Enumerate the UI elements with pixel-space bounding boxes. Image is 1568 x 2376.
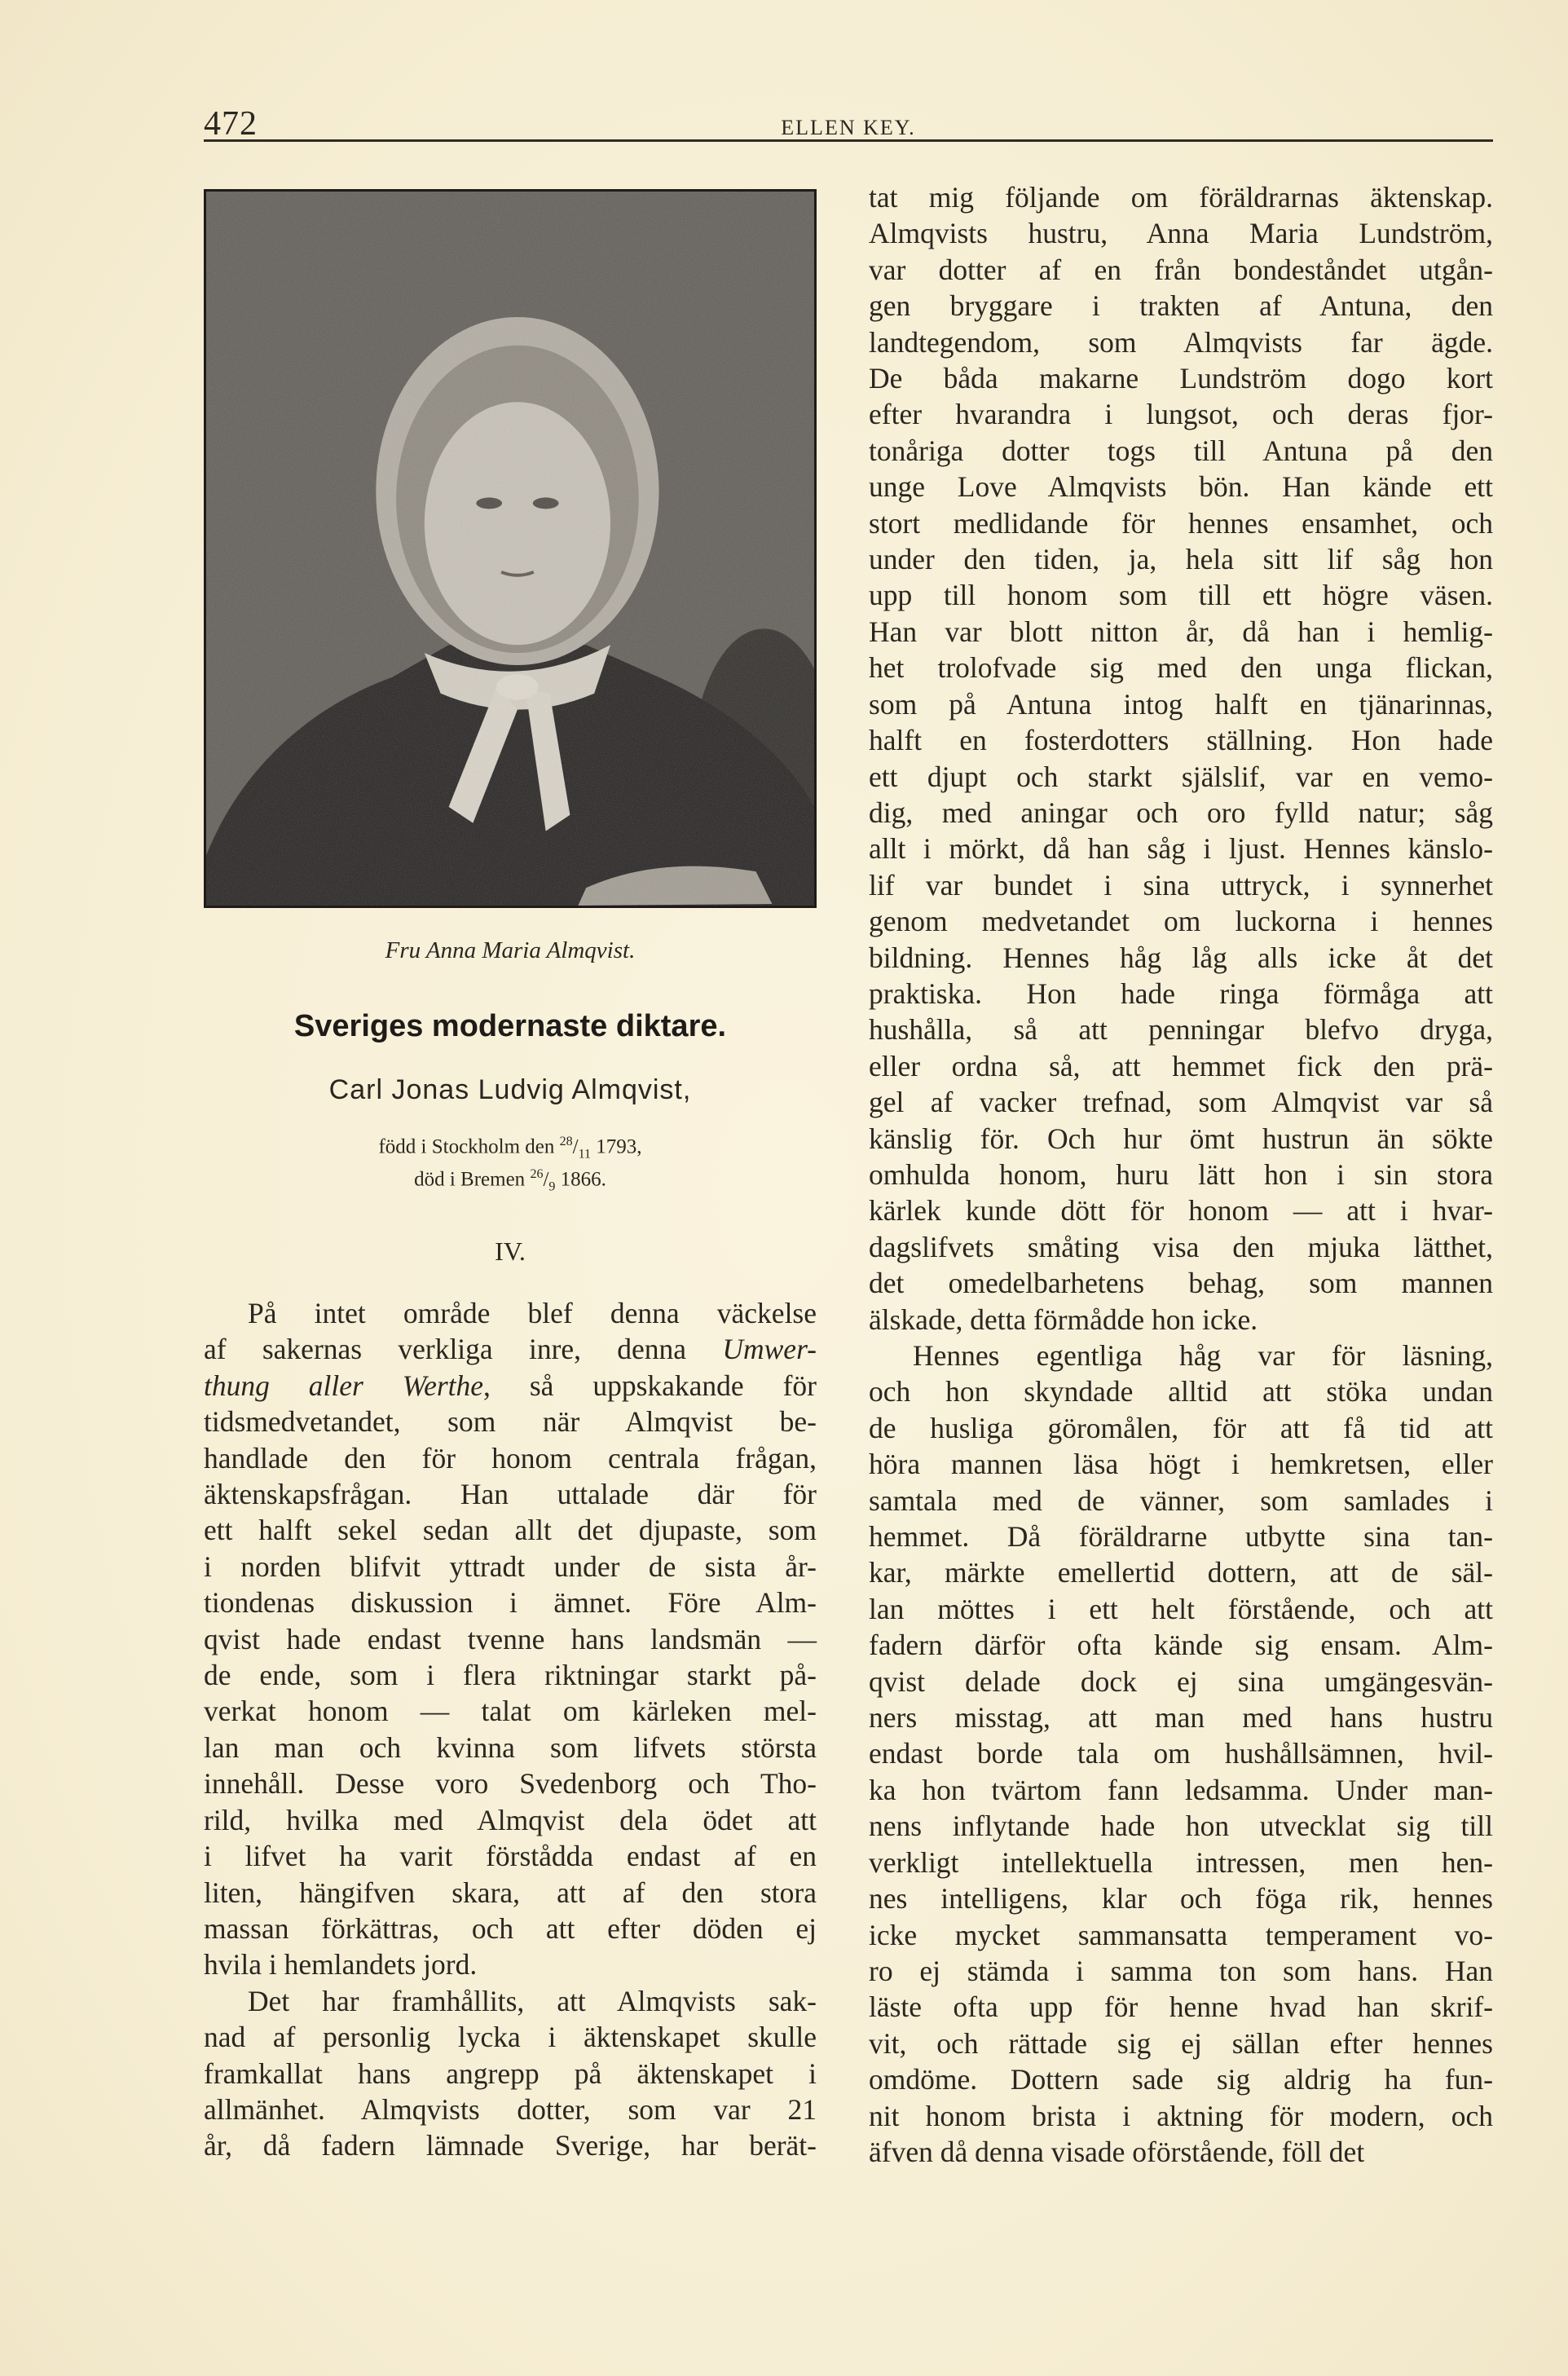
text-line: de ende, som i flera riktningar starkt p… xyxy=(204,1657,817,1693)
italic-phrase: Umwer- xyxy=(722,1333,817,1365)
text-line: Almqvists hustru, Anna Maria Lundström, xyxy=(869,215,1493,251)
text-line: hemmet. Då föräldrarne utbytte sina tan- xyxy=(869,1519,1493,1554)
text-line: eller ordna så, att hemmet fick den prä- xyxy=(869,1048,1493,1084)
text-line: halft en fosterdotters ställning. Hon ha… xyxy=(869,722,1493,758)
text-line: upp till honom som till ett högre väsen. xyxy=(869,577,1493,613)
text-line: under den tiden, ja, hela sitt lif såg h… xyxy=(869,541,1493,577)
text-line: i norden blifvit yttradt under de sista … xyxy=(204,1549,817,1585)
text-line: ett halft sekel sedan allt det djupaste,… xyxy=(204,1512,817,1548)
text-line: unge Love Almqvists bön. Han kände ett xyxy=(869,469,1493,505)
text-line: kärlek kunde dött för honom — att i hvar… xyxy=(869,1192,1493,1228)
text-line: ro ej stämda i samma ton som hans. Han xyxy=(869,1953,1493,1989)
header-rule xyxy=(204,139,1493,142)
text-line: tiondenas diskussion i ämnet. Före Alm- xyxy=(204,1585,817,1620)
text-line: nens inflytande hade hon utvecklat sig t… xyxy=(869,1808,1493,1844)
text-line: gel af vacker trefnad, som Almqvist var … xyxy=(869,1084,1493,1120)
text-line: stort medlidande för hennes ensamhet, oc… xyxy=(869,505,1493,541)
text-line: dig, med aningar och oro fylld natur; så… xyxy=(869,795,1493,831)
text-line: ett djupt och starkt själslif, var en ve… xyxy=(869,759,1493,795)
text-line: massan förkättras, och att efter döden e… xyxy=(204,1911,817,1946)
text-line: liten, hängifven skara, att af den stora xyxy=(204,1875,817,1911)
text-line: gen bryggare i trakten af Antuna, den xyxy=(869,288,1493,324)
death-prefix: död i Bremen xyxy=(414,1168,530,1190)
text-line: allmänhet. Almqvists dotter, som var 21 xyxy=(204,2092,817,2127)
text-line: äktenskapsfrågan. Han uttalade där för xyxy=(204,1476,817,1512)
text-line: genom medvetandet om luckorna i hennes xyxy=(869,903,1493,939)
text-line: tonåriga dotter togs till Antuna på den xyxy=(869,433,1493,469)
text-line: af sakernas verkliga inre, denna Umwer- xyxy=(204,1331,817,1367)
text-line: thung aller Werthe, så uppskakande för xyxy=(204,1368,817,1404)
text-line: omhulda honom, huru lätt hon i sin stora xyxy=(869,1157,1493,1192)
text-line: De båda makarne Lundström dogo kort xyxy=(869,360,1493,396)
birth-line: född i Stockholm den 28/11 1793, xyxy=(204,1135,817,1162)
text-line: omdöme. Dottern sade sig aldrig ha fun- xyxy=(869,2061,1493,2097)
text-line: hvila i hemlandets jord. xyxy=(204,1946,817,1982)
text-line: i lifvet ha varit förstådda endast af en xyxy=(204,1838,817,1874)
text-line: landtegendom, som Almqvists far ägde. xyxy=(869,324,1493,360)
text-line: läste ofta upp för henne hvad han skrif- xyxy=(869,1989,1493,2025)
text-line: verkligt intellektuella intressen, men h… xyxy=(869,1845,1493,1880)
birth-month: 11 xyxy=(579,1147,591,1161)
text-line: Det har framhållits, att Almqvists sak- xyxy=(204,1983,817,2019)
text-line: vit, och rättade sig ej sällan efter hen… xyxy=(869,2026,1493,2061)
text-line: och hon skyndade alltid att stöka undan xyxy=(869,1373,1493,1409)
text-line: lan man och kvinna som lifvets största xyxy=(204,1730,817,1765)
text-line: På intet område blef denna väckelse xyxy=(204,1295,817,1331)
death-line: död i Bremen 26/9 1866. xyxy=(204,1167,817,1194)
text-line: tidsmedvetandet, som när Almqvist be- xyxy=(204,1404,817,1439)
text-line: samtala med de vänner, som samlades i xyxy=(869,1483,1493,1519)
birth-prefix: född i Stockholm den xyxy=(378,1135,559,1157)
text-line: nad af personlig lycka i äktenskapet sku… xyxy=(204,2019,817,2055)
text-line: framkallat hans angrepp på äktenskapet i xyxy=(204,2056,817,2092)
text-line: ners misstag, att man med hans hustru xyxy=(869,1699,1493,1735)
text-line: ka hon tvärtom fann ledsamma. Under man- xyxy=(869,1772,1493,1808)
text-line: nes intelligens, klar och föga rik, henn… xyxy=(869,1880,1493,1916)
text-line: icke mycket sammansatta temperament vo- xyxy=(869,1917,1493,1953)
text-line: qvist delade dock ej sina umgängesvän- xyxy=(869,1664,1493,1699)
death-year: 1866. xyxy=(555,1168,606,1190)
text-line: de husliga göromålen, för att få tid att xyxy=(869,1410,1493,1446)
portrait-caption: Fru Anna Maria Almqvist. xyxy=(204,937,817,964)
right-column-text: tat mig följande om föräldrarnas äktensk… xyxy=(869,179,1493,2170)
text-line: allt i mörkt, då han såg i ljust. Hennes… xyxy=(869,831,1493,866)
text-line: bildning. Hennes håg låg alls icke åt de… xyxy=(869,940,1493,976)
text-line: Han var blott nitton år, då han i hemlig… xyxy=(869,614,1493,650)
text-line: qvist hade endast tvenne hans landsmän — xyxy=(204,1621,817,1657)
text-line: som på Antuna intog halft en tjänarinnas… xyxy=(869,686,1493,722)
text-line: det omedelbarhetens behag, som mannen xyxy=(869,1265,1493,1301)
text-line: kar, märkte emellertid dottern, att de s… xyxy=(869,1554,1493,1590)
birth-day: 28 xyxy=(560,1135,573,1148)
text-line: endast borde tala om hushållsämnen, hvil… xyxy=(869,1735,1493,1771)
text-line: efter hvarandra i lungsot, och deras fjo… xyxy=(869,396,1493,432)
text-line: praktiska. Hon hade ringa förmåga att xyxy=(869,976,1493,1012)
text-line: lif var bundet i sina uttryck, i synnerh… xyxy=(869,867,1493,903)
text-line: hushålla, så att penningar blefvo dryga, xyxy=(869,1012,1493,1047)
text-line: höra mannen läsa högt i hemkretsen, elle… xyxy=(869,1446,1493,1482)
text-line: var dotter af en från bondeståndet utgån… xyxy=(869,252,1493,288)
text-line: äfven då denna visade oförstående, föll … xyxy=(869,2134,1493,2170)
portrait-image xyxy=(206,192,814,906)
text-line: tat mig följande om föräldrarnas äktensk… xyxy=(869,179,1493,215)
text-line: rild, hvilka med Almqvist dela ödet att xyxy=(204,1802,817,1838)
text-line: älskade, detta förmådde hon icke. xyxy=(869,1302,1493,1338)
text-line: verkat honom — talat om kärleken mel- xyxy=(204,1693,817,1729)
text-line: handlade den för honom centrala frågan, xyxy=(204,1440,817,1476)
running-title: ELLEN KEY. xyxy=(204,116,1493,140)
text-line: känslig för. Och hur ömt hustrun än sökt… xyxy=(869,1121,1493,1157)
left-column-text: På intet område blef denna väckelseaf sa… xyxy=(204,1295,817,2164)
portrait-photo xyxy=(204,189,817,908)
text-line: fadern därför ofta kände sig ensam. Alm- xyxy=(869,1627,1493,1663)
text-line: innehåll. Desse voro Svedenborg och Tho- xyxy=(204,1765,817,1801)
death-day: 26 xyxy=(530,1167,543,1181)
text-line: Hennes egentliga håg var för läsning, xyxy=(869,1338,1493,1373)
subject-name: Carl Jonas Ludvig Almqvist, xyxy=(204,1074,817,1106)
section-title: Sveriges modernaste diktare. xyxy=(204,1009,817,1044)
text-line: år, då fadern lämnade Sverige, har berät… xyxy=(204,2127,817,2163)
text-line: dagslifvets småting visa den mjuka lätth… xyxy=(869,1229,1493,1265)
text-line: het trolofvade sig med den unga flickan, xyxy=(869,650,1493,685)
text-line: lan möttes i ett helt förstående, och at… xyxy=(869,1591,1493,1627)
part-number: IV. xyxy=(204,1236,817,1267)
birth-year: 1793, xyxy=(591,1135,642,1157)
text-line: nit honom brista i aktning för modern, o… xyxy=(869,2098,1493,2134)
italic-phrase: thung aller Werthe xyxy=(204,1369,483,1402)
